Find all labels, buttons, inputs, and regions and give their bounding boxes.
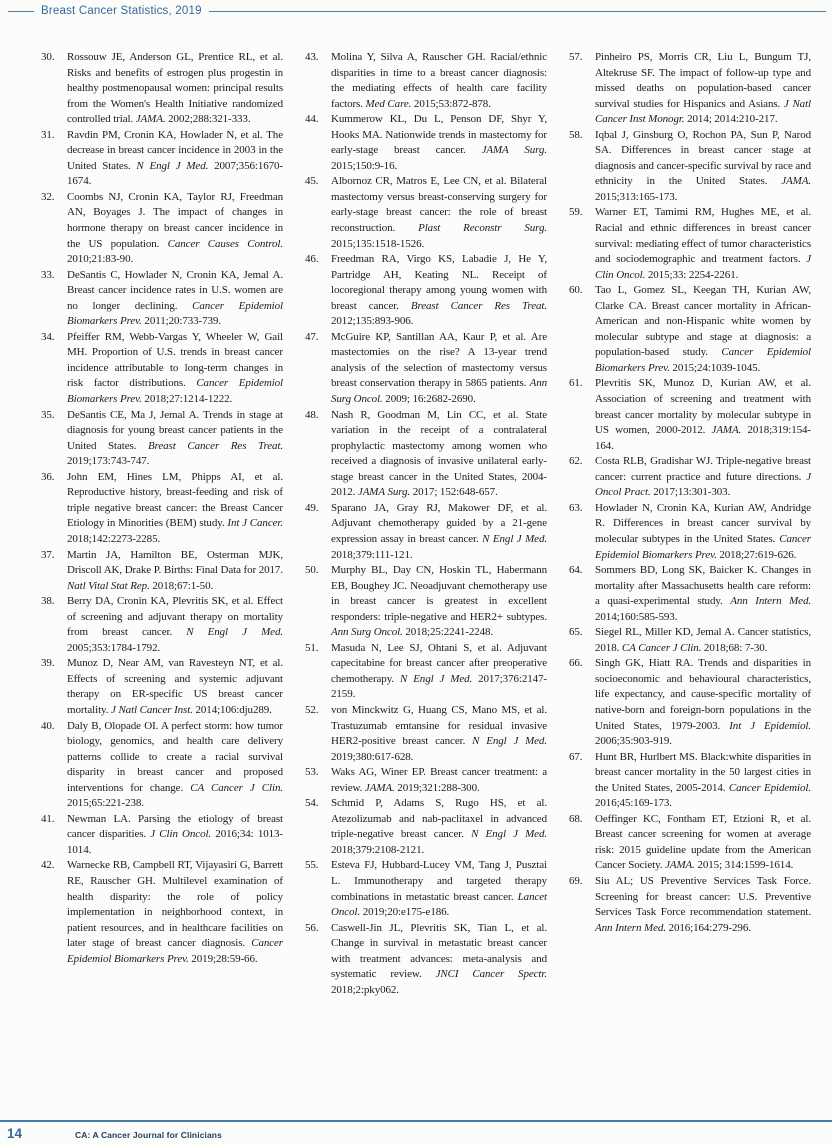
reference-number: 40. [41,719,54,735]
reference-number: 59. [569,205,582,221]
reference-number: 37. [41,548,54,564]
reference-number: 30. [41,50,54,66]
reference-text: Martin JA, Hamilton BE, Osterman MJK, Dr… [67,549,283,592]
reference-item: 63.Howlader N, Cronin KA, Kurian AW, And… [569,501,811,563]
page-header: Breast Cancer Statistics, 2019 [8,4,826,18]
reference-item: 38.Berry DA, Cronin KA, Plevritis SK, et… [41,594,283,656]
reference-number: 52. [305,703,318,719]
reference-number: 65. [569,625,582,641]
reference-column: 57.Pinheiro PS, Morris CR, Liu L, Bungum… [569,50,811,998]
reference-number: 50. [305,563,318,579]
reference-number: 31. [41,128,54,144]
reference-text: Pfeiffer RM, Webb-Vargas Y, Wheeler W, G… [67,331,283,405]
reference-text: Freedman RA, Virgo KS, Labadie J, He Y, … [331,253,547,327]
reference-number: 53. [305,765,318,781]
reference-item: 50.Murphy BL, Day CN, Hoskin TL, Haberma… [305,563,547,641]
reference-item: 60.Tao L, Gomez SL, Keegan TH, Kurian AW… [569,283,811,376]
reference-item: 43.Molina Y, Silva A, Rauscher GH. Racia… [305,50,547,112]
footer-rule [0,1120,832,1122]
reference-item: 49.Sparano JA, Gray RJ, Makower DF, et a… [305,501,547,563]
reference-number: 69. [569,874,582,890]
reference-item: 44.Kummerow KL, Du L, Penson DF, Shyr Y,… [305,112,547,174]
reference-item: 32.Coombs NJ, Cronin KA, Taylor RJ, Free… [41,190,283,268]
reference-number: 36. [41,470,54,486]
reference-text: Daly B, Olopade OI. A perfect storm: how… [67,720,283,810]
reference-item: 62.Costa RLB, Gradishar WJ. Triple-negat… [569,454,811,501]
reference-item: 56.Caswell-Jin JL, Plevritis SK, Tian L,… [305,921,547,999]
reference-text: Esteva FJ, Hubbard-Lucey VM, Tang J, Pus… [331,859,547,918]
reference-text: von Minckwitz G, Huang CS, Mano MS, et a… [331,704,547,763]
reference-number: 55. [305,858,318,874]
reference-number: 60. [569,283,582,299]
reference-item: 31.Ravdin PM, Cronin KA, Howlader N, et … [41,128,283,190]
reference-number: 32. [41,190,54,206]
reference-text: Masuda N, Lee SJ, Ohtani S, et al. Adjuv… [331,642,547,701]
reference-text: Oeffinger KC, Fontham ET, Etzioni R, et … [595,813,811,872]
reference-number: 48. [305,408,318,424]
reference-number: 66. [569,656,582,672]
reference-text: Munoz D, Near AM, van Ravesteyn NT, et a… [67,657,283,716]
reference-column: 30.Rossouw JE, Anderson GL, Prentice RL,… [41,50,283,998]
reference-item: 51.Masuda N, Lee SJ, Ohtani S, et al. Ad… [305,641,547,703]
reference-item: 65.Siegel RL, Miller KD, Jemal A. Cancer… [569,625,811,656]
reference-item: 45.Albornoz CR, Matros E, Lee CN, et al.… [305,174,547,252]
reference-text: DeSantis C, Howlader N, Cronin KA, Jemal… [67,269,283,328]
reference-item: 40.Daly B, Olopade OI. A perfect storm: … [41,719,283,812]
reference-number: 43. [305,50,318,66]
reference-number: 62. [569,454,582,470]
reference-text: Warnecke RB, Campbell RT, Vijayasiri G, … [67,859,283,964]
reference-item: 58.Iqbal J, Ginsburg O, Rochon PA, Sun P… [569,128,811,206]
references-section: 30.Rossouw JE, Anderson GL, Prentice RL,… [41,50,811,998]
reference-number: 44. [305,112,318,128]
running-title: Breast Cancer Statistics, 2019 [41,5,202,17]
reference-number: 63. [569,501,582,517]
reference-number: 67. [569,750,582,766]
reference-text: Rossouw JE, Anderson GL, Prentice RL, et… [67,51,283,125]
reference-text: Nash R, Goodman M, Lin CC, et al. State … [331,409,547,499]
reference-text: Sparano JA, Gray RJ, Makower DF, et al. … [331,502,547,561]
reference-item: 52.von Minckwitz G, Huang CS, Mano MS, e… [305,703,547,765]
reference-item: 33.DeSantis C, Howlader N, Cronin KA, Je… [41,268,283,330]
reference-number: 56. [305,921,318,937]
reference-text: Plevritis SK, Munoz D, Kurian AW, et al.… [595,377,811,451]
reference-item: 36.John EM, Hines LM, Phipps AI, et al. … [41,470,283,548]
reference-item: 30.Rossouw JE, Anderson GL, Prentice RL,… [41,50,283,128]
reference-item: 35.DeSantis CE, Ma J, Jemal A. Trends in… [41,408,283,470]
reference-text: Caswell-Jin JL, Plevritis SK, Tian L, et… [331,922,547,996]
reference-number: 47. [305,330,318,346]
reference-item: 68.Oeffinger KC, Fontham ET, Etzioni R, … [569,812,811,874]
reference-number: 46. [305,252,318,268]
reference-column: 43.Molina Y, Silva A, Rauscher GH. Racia… [305,50,547,998]
reference-number: 54. [305,796,318,812]
reference-item: 67.Hunt BR, Hurlbert MS. Black:white dis… [569,750,811,812]
reference-item: 57.Pinheiro PS, Morris CR, Liu L, Bungum… [569,50,811,128]
reference-item: 34.Pfeiffer RM, Webb-Vargas Y, Wheeler W… [41,330,283,408]
reference-text: Iqbal J, Ginsburg O, Rochon PA, Sun P, N… [595,129,811,203]
reference-text: DeSantis CE, Ma J, Jemal A. Trends in st… [67,409,283,468]
reference-text: Sommers BD, Long SK, Baicker K. Changes … [595,564,811,623]
header-rule-left [8,11,34,12]
reference-number: 45. [305,174,318,190]
reference-item: 66.Singh GK, Hiatt RA. Trends and dispar… [569,656,811,749]
reference-item: 59.Warner ET, Tamimi RM, Hughes ME, et a… [569,205,811,283]
page-number: 14 [7,1126,22,1141]
reference-text: Singh GK, Hiatt RA. Trends and dispariti… [595,657,811,747]
reference-text: Costa RLB, Gradishar WJ. Triple-negative… [595,455,811,498]
reference-text: Siu AL; US Preventive Services Task Forc… [595,875,811,934]
reference-text: Hunt BR, Hurlbert MS. Black:white dispar… [595,751,811,810]
reference-text: Newman LA. Parsing the etiology of breas… [67,813,283,856]
reference-number: 33. [41,268,54,284]
reference-text: John EM, Hines LM, Phipps AI, et al. Rep… [67,471,283,545]
reference-text: Schmid P, Adams S, Rugo HS, et al. Atezo… [331,797,547,856]
reference-text: Pinheiro PS, Morris CR, Liu L, Bungum TJ… [595,51,811,125]
reference-number: 49. [305,501,318,517]
reference-item: 46.Freedman RA, Virgo KS, Labadie J, He … [305,252,547,330]
reference-text: Coombs NJ, Cronin KA, Taylor RJ, Freedma… [67,191,283,265]
reference-text: Murphy BL, Day CN, Hoskin TL, Habermann … [331,564,547,638]
reference-number: 58. [569,128,582,144]
reference-number: 41. [41,812,54,828]
reference-text: Tao L, Gomez SL, Keegan TH, Kurian AW, C… [595,284,811,374]
reference-text: Siegel RL, Miller KD, Jemal A. Cancer st… [595,626,811,654]
reference-item: 64.Sommers BD, Long SK, Baicker K. Chang… [569,563,811,625]
reference-text: Ravdin PM, Cronin KA, Howlader N, et al.… [67,129,283,188]
reference-number: 51. [305,641,318,657]
reference-item: 39.Munoz D, Near AM, van Ravesteyn NT, e… [41,656,283,718]
reference-text: Berry DA, Cronin KA, Plevritis SK, et al… [67,595,283,654]
reference-number: 68. [569,812,582,828]
reference-item: 47.McGuire KP, Santillan AA, Kaur P, et … [305,330,547,408]
reference-item: 48.Nash R, Goodman M, Lin CC, et al. Sta… [305,408,547,501]
reference-text: Warner ET, Tamimi RM, Hughes ME, et al. … [595,206,811,280]
reference-item: 61.Plevritis SK, Munoz D, Kurian AW, et … [569,376,811,454]
reference-item: 55.Esteva FJ, Hubbard-Lucey VM, Tang J, … [305,858,547,920]
reference-number: 42. [41,858,54,874]
reference-text: Albornoz CR, Matros E, Lee CN, et al. Bi… [331,175,547,249]
reference-number: 38. [41,594,54,610]
reference-item: 69.Siu AL; US Preventive Services Task F… [569,874,811,936]
reference-number: 64. [569,563,582,579]
reference-text: Kummerow KL, Du L, Penson DF, Shyr Y, Ho… [331,113,547,172]
reference-item: 41.Newman LA. Parsing the etiology of br… [41,812,283,859]
reference-number: 34. [41,330,54,346]
reference-item: 42.Warnecke RB, Campbell RT, Vijayasiri … [41,858,283,967]
reference-item: 53.Waks AG, Winer EP. Breast cancer trea… [305,765,547,796]
journal-name: CA: A Cancer Journal for Clinicians [75,1130,222,1140]
reference-item: 37.Martin JA, Hamilton BE, Osterman MJK,… [41,548,283,595]
reference-number: 61. [569,376,582,392]
reference-text: Waks AG, Winer EP. Breast cancer treatme… [331,766,547,794]
reference-number: 57. [569,50,582,66]
reference-item: 54.Schmid P, Adams S, Rugo HS, et al. At… [305,796,547,858]
reference-text: McGuire KP, Santillan AA, Kaur P, et al.… [331,331,547,405]
reference-text: Howlader N, Cronin KA, Kurian AW, Andrid… [595,502,811,561]
header-rule-right [209,11,826,12]
reference-number: 35. [41,408,54,424]
reference-number: 39. [41,656,54,672]
reference-text: Molina Y, Silva A, Rauscher GH. Racial/e… [331,51,547,110]
